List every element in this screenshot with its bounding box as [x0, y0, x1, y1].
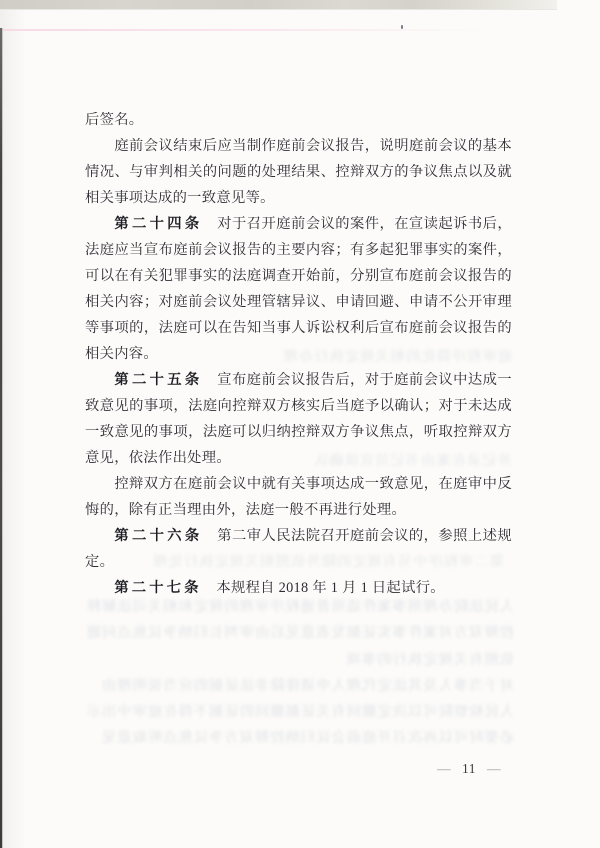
- paragraph-article-26: 第二十六条 第二审人民法院召开庭前会议的，参照上述规定。: [85, 523, 512, 575]
- bleed-through-text: 人民检察院可以决定撤回有关证据撤回的证据不得在庭审中出示: [62, 699, 514, 725]
- scan-speck: [401, 25, 403, 29]
- paragraph-text: 后签名。: [85, 112, 143, 128]
- paragraph-text: 本规程自 2018 年 1 月 1 日起试行。: [202, 580, 445, 596]
- article-number: 第二十七条: [114, 580, 201, 596]
- article-number: 第二十四条: [114, 216, 202, 232]
- paragraph-text: 对于召开庭前会议的案件，在宣读起诉书后，法庭应当宣布庭前会议报告的主要内容；有多…: [85, 216, 512, 362]
- paragraph-article-24: 第二十四条 对于召开庭前会议的案件，在宣读起诉书后，法庭应当宣布庭前会议报告的主…: [85, 211, 512, 367]
- paragraph-article-25: 第二十五条 宣布庭前会议报告后，对于庭前会议中达成一致意见的事项，法庭向控辩双方…: [85, 367, 512, 471]
- bleed-through-text: 依照有关规定执行的事项: [62, 647, 514, 673]
- bleed-through-text: 控辩双方对案件事实证据发表意见后由审判长归纳争议焦点问题: [62, 620, 514, 646]
- paragraph: 控辩双方在庭前会议中就有关事项达成一致意见，在庭审中反悔的，除有正当理由外，法庭…: [85, 471, 512, 523]
- page-number-value: 11: [462, 761, 476, 777]
- scanned-document-page: 后签名。 庭前会议结束后应当制作庭前会议报告，说明庭前会议的基本情况、与审判相关…: [0, 0, 600, 848]
- document-body: 后签名。 庭前会议结束后应当制作庭前会议报告，说明庭前会议的基本情况、与审判相关…: [85, 107, 512, 601]
- page-number: — 11 —: [437, 761, 501, 777]
- article-number: 第二十五条: [114, 372, 202, 388]
- paragraph-text: 庭前会议结束后应当制作庭前会议报告，说明庭前会议的基本情况、与审判相关的问题的处…: [85, 138, 512, 206]
- bleed-through-text-block: 人民法院办理刑事案件适用普通程序审理的规定和相关司法解释 控辩双方对案件事实证据…: [62, 594, 514, 752]
- page-number-dash-right: —: [487, 761, 501, 777]
- paragraph-article-27: 第二十七条 本规程自 2018 年 1 月 1 日起试行。: [85, 575, 512, 601]
- paragraph-text: 控辩双方在庭前会议中就有关事项达成一致意见，在庭审中反悔的，除有正当理由外，法庭…: [85, 476, 512, 518]
- bleed-through-text: 必要时可以再次召开庭前会议归纳控辩双方争议焦点听取意见: [62, 725, 514, 751]
- scan-edge-band: [0, 0, 557, 10]
- paragraph: 庭前会议结束后应当制作庭前会议报告，说明庭前会议的基本情况、与审判相关的问题的处…: [85, 133, 512, 211]
- pink-rule-line: [0, 29, 486, 31]
- bleed-through-text: 对于当事人及其法定代理人申请排除非法证据的应当说明理由: [62, 673, 514, 699]
- paragraph-continuation: 后签名。: [85, 107, 512, 133]
- page-number-dash-left: —: [437, 761, 451, 777]
- article-number: 第二十六条: [114, 528, 202, 544]
- page-left-edge-soft: [2, 28, 3, 848]
